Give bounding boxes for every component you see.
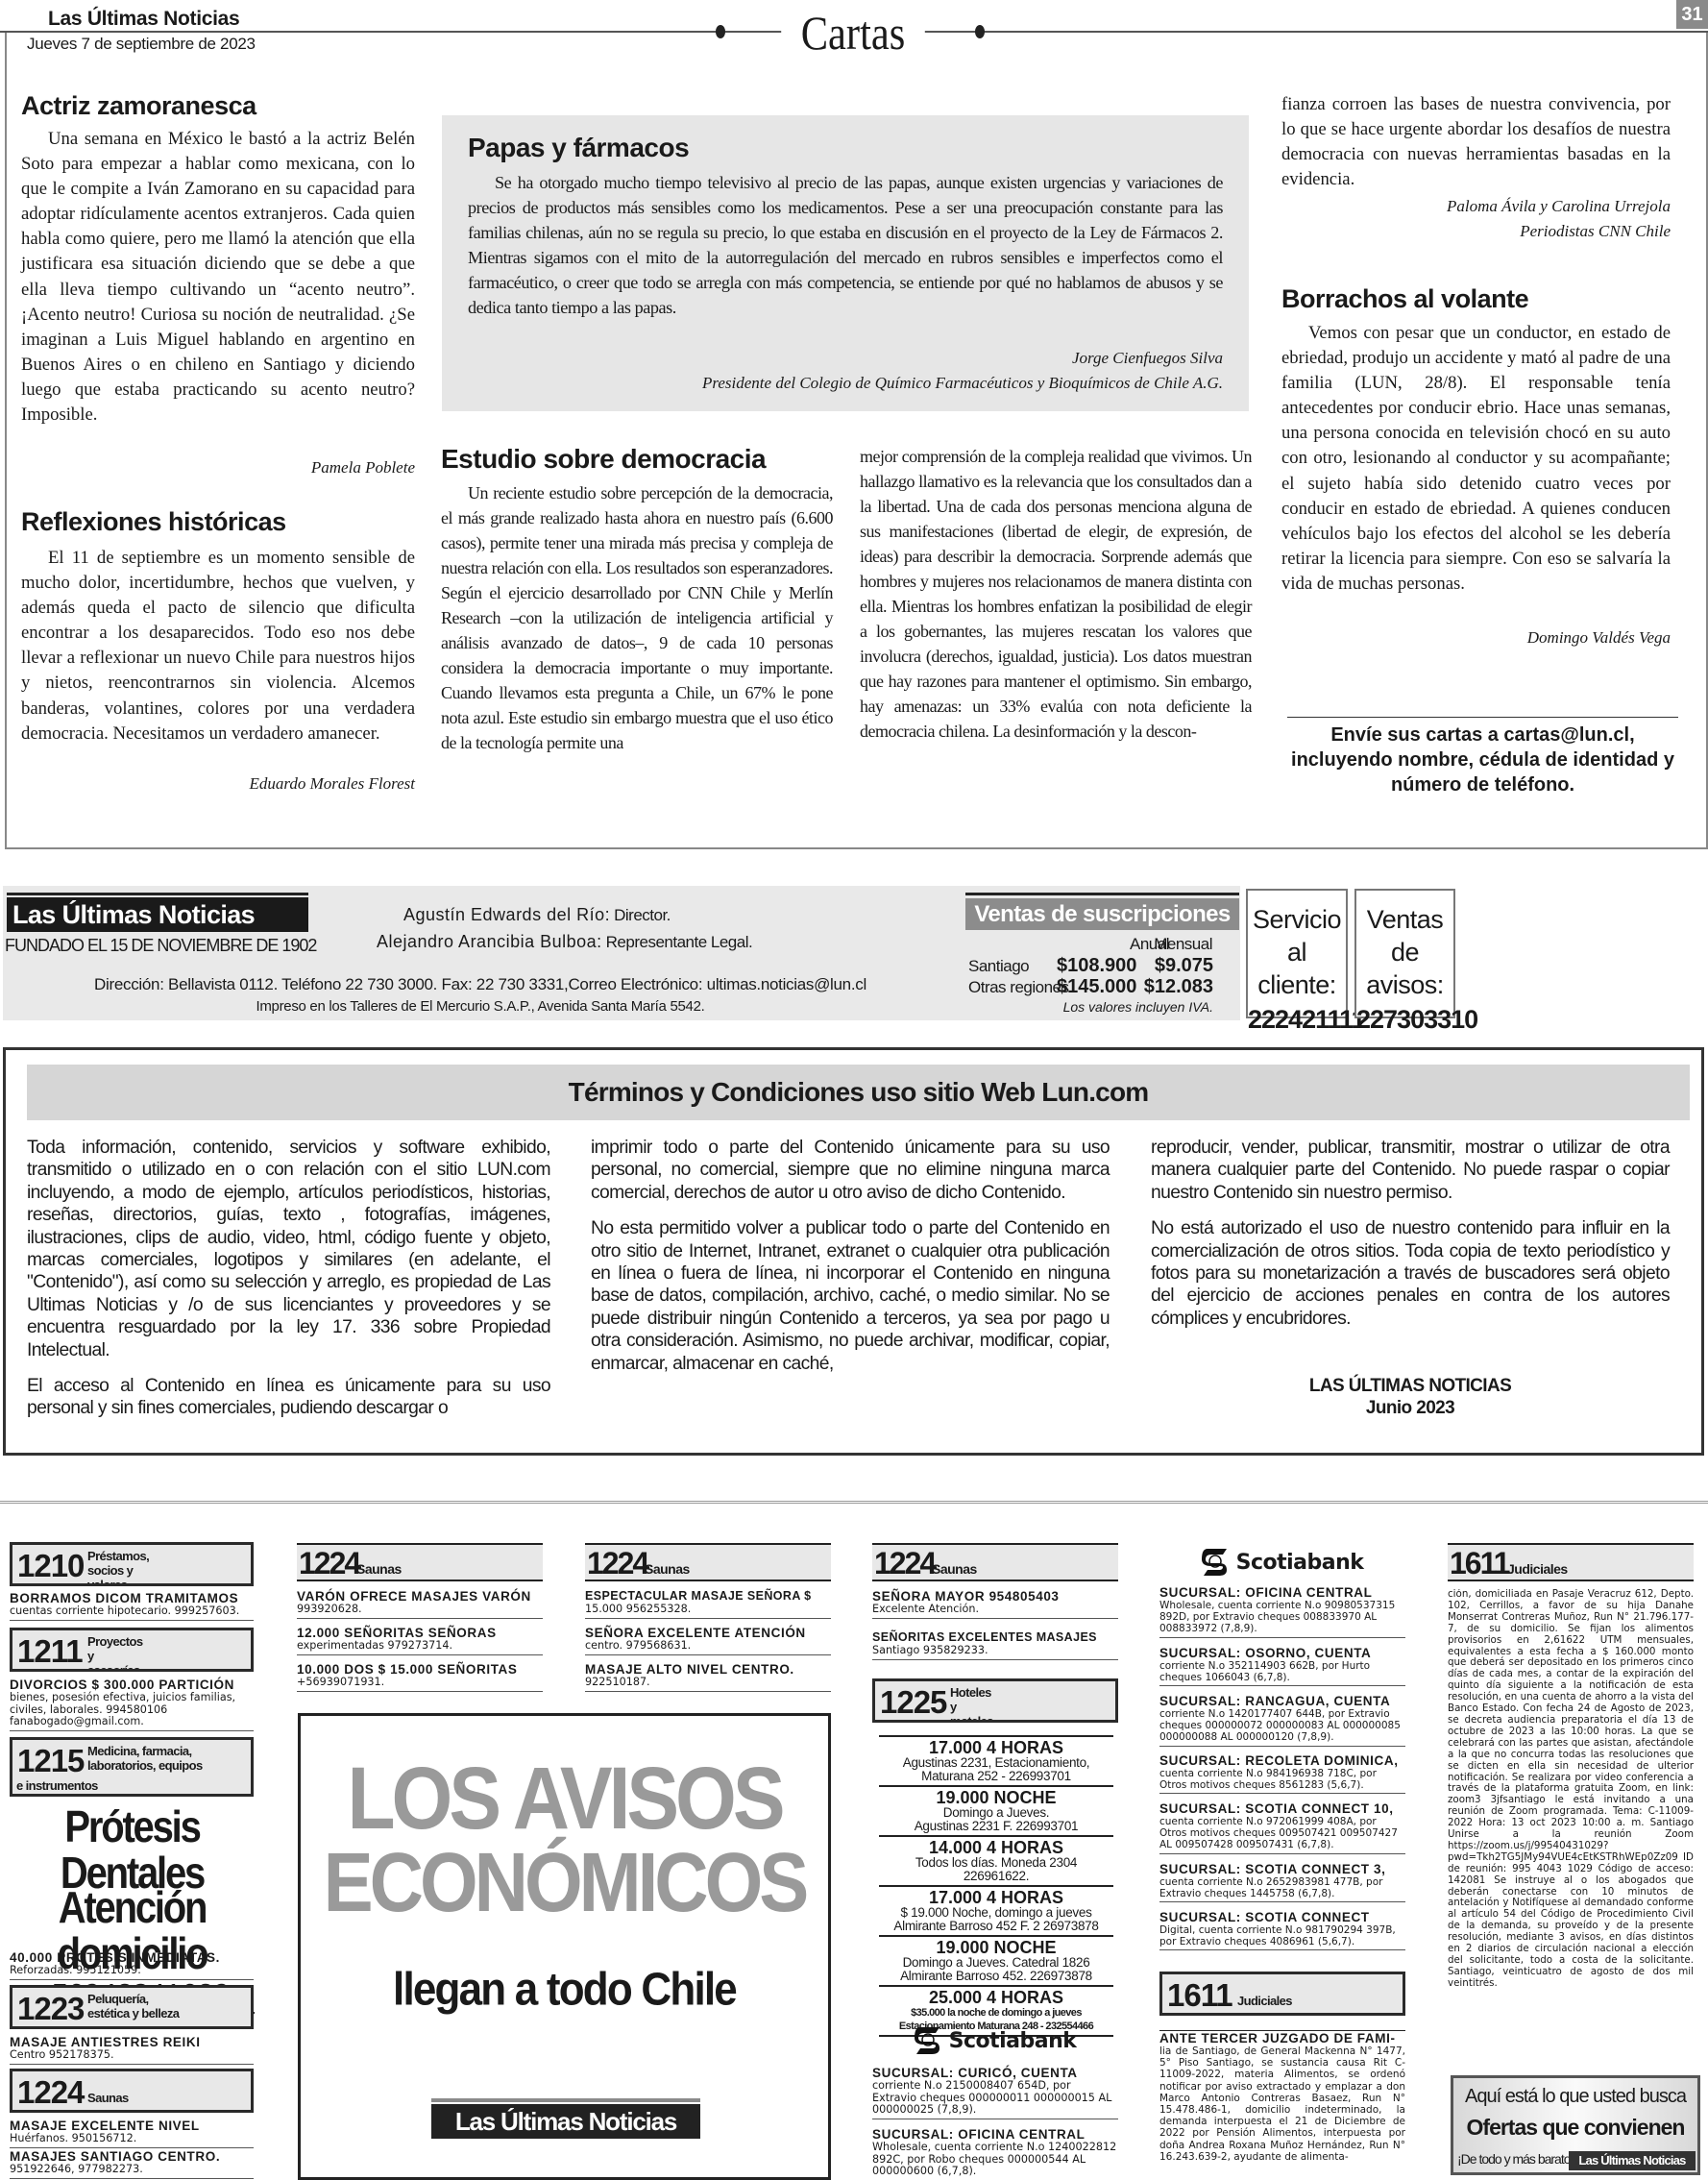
category-1225: 1225 Hoteles y moteles <box>872 1678 1118 1723</box>
terms-paragraph: reproducir, vender, publicar, transmitir… <box>1151 1137 1670 1204</box>
letter-body: El 11 de septiembre es un momento sensib… <box>21 546 415 747</box>
category-1611: 1611 Judiciales <box>1159 1972 1405 2016</box>
letter-body: Se ha otorgado mucho tiempo televisivo a… <box>468 170 1223 321</box>
contact-phone: 222421111 <box>1248 1003 1346 1036</box>
letter-body-col1: Un reciente estudio sobre percepción de … <box>441 480 833 755</box>
judicial-notice: ción, domiciliada en Pasaje Veracruz 612… <box>1448 1589 1694 2068</box>
terms-paragraph: El acceso al Contenido en línea es única… <box>27 1375 550 1420</box>
staff-legal-rep: Alejandro Arancibia Bulboa: Representant… <box>377 932 752 952</box>
dental-ad: Prótesis Dentales Atención domicilio +56… <box>10 1810 255 2014</box>
letter-signature: Paloma Ávila y Carolina Urrejola <box>1281 194 1671 219</box>
motel-ad: 19.000 NOCHE Domingo a Jueves. Agustinas… <box>879 1785 1113 1835</box>
classified-ad: 10.000 DOS $ 15.000 SEÑORITAS +569390719… <box>297 1662 543 1692</box>
printed-by: Impreso en los Talleres de El Mercurio S… <box>0 998 961 1015</box>
terms-paragraph: No esta permitido volver a publicar todo… <box>591 1217 1110 1375</box>
category-1224: 1224 Saunas <box>10 2069 254 2113</box>
ofertas-promo: Aquí está lo que usted busca Ofertas que… <box>1451 2075 1700 2175</box>
terms-paragraph: No está autorizado el uso de nuestro con… <box>1151 1217 1670 1330</box>
scotiabank-icon <box>915 2025 941 2056</box>
masthead: Las Últimas Noticias <box>48 8 239 31</box>
subscriptions-rule <box>965 893 1239 895</box>
letter-title: Estudio sobre democracia <box>441 444 766 475</box>
classified-ad: SEÑORITAS EXCELENTES MASAJES Santiago 93… <box>872 1630 1118 1660</box>
letter-signature: Pamela Poblete <box>21 455 415 480</box>
bank-notice: SUCURSAL: OFICINA CENTRAL Wholesale, cue… <box>1159 1585 1405 1638</box>
price-annual: $108.900 <box>1057 955 1135 977</box>
region-label: Santiago <box>968 957 1029 976</box>
motel-ad: 17.000 4 HORAS $ 19.000 Noche, domingo a… <box>879 1885 1113 1935</box>
classified-ad: SEÑORA EXCELENTE ATENCIÓN centro. 979568… <box>585 1626 831 1655</box>
motel-ad: 19.000 NOCHE Domingo a Jueves. Catedral … <box>879 1935 1113 1985</box>
staff-name: Alejandro Arancibia Bulboa: <box>377 932 602 951</box>
letter-signature-title: Presidente del Colegio de Químico Farmac… <box>468 371 1223 396</box>
classified-ad: MASAJE EXCELENTE NIVEL Huérfanos. 950156… <box>10 2119 254 2148</box>
motel-ad: 14.000 4 HORAS Todos los días. Moneda 23… <box>879 1835 1113 1885</box>
classifieds-divider <box>0 1501 1708 1504</box>
ad-sales-box: Ventasde avisos: 227303310 <box>1354 889 1455 1018</box>
staff-address: Dirección: Bellavista 0112. Teléfono 22 … <box>0 975 961 994</box>
letter-title: Actriz zamoranesca <box>21 91 415 121</box>
scotiabank-logo: Scotiabank <box>872 2025 1118 2056</box>
subscriptions-title: Ventas de suscripciones <box>965 898 1239 930</box>
classified-ad: MASAJE ALTO NIVEL CENTRO. 922510187. <box>585 1662 831 1692</box>
price-monthly: $12.083 <box>1138 976 1213 998</box>
price-monthly: $9.075 <box>1148 955 1213 977</box>
letter-body-col2: mejor comprensión de la compleja realida… <box>860 444 1252 744</box>
motels-list: 17.000 4 HORAS Agustinas 2231, Estaciona… <box>879 1735 1113 2037</box>
judicial-notice: ANTE TERCER JUZGADO DE FAMI- lia de Sant… <box>1159 2030 1405 2165</box>
bank-notice: SUCURSAL: SCOTIA CONNECT 10, cuenta corr… <box>1159 1801 1405 1854</box>
terms-signature: LAS ÚLTIMAS NOTICIAS Junio 2023 <box>1151 1375 1670 1419</box>
category-1210: 1210 Préstamos, socios y valores <box>10 1542 254 1586</box>
contact-phone: 227303310 <box>1356 1003 1453 1036</box>
terms-column: reproducir, vender, publicar, transmitir… <box>1151 1137 1670 1343</box>
newspaper-logo: Las Últimas Noticias <box>431 2104 700 2139</box>
letter-body: Vemos con pesar que un conductor, en est… <box>1281 321 1671 597</box>
submit-letters-notice: Envíe sus cartas a cartas@lun.cl, incluy… <box>1287 723 1678 797</box>
terms-column: Toda información, contenido, servicios y… <box>27 1137 550 1433</box>
letter-title: Borrachos al volante <box>1281 284 1671 314</box>
letter-signature-title: Periodistas CNN Chile <box>1281 219 1671 244</box>
letter-signature: Domingo Valdés Vega <box>1281 625 1671 650</box>
bank-notice: SUCURSAL: RECOLETA DOMINICA, cuenta corr… <box>1159 1753 1405 1794</box>
page-number: 31 <box>1676 0 1708 29</box>
newspaper-logo: Las Últimas Noticias <box>1569 2151 1696 2170</box>
customer-service-box: Servicioal cliente: 222421111 <box>1246 889 1348 1018</box>
letter-title: Papas y fármacos <box>468 133 689 163</box>
scotiabank-logo: Scotiabank <box>1159 1547 1405 1578</box>
divider <box>1287 717 1678 718</box>
classified-ad: DIVORCIOS $ 300.000 PARTICIÓN bienes, po… <box>10 1678 254 1731</box>
classified-ad: MASAJES SANTIAGO CENTRO. 951922646, 9779… <box>10 2149 254 2179</box>
category-1224: 1224 Saunas <box>872 1543 1118 1581</box>
bank-notice: SUCURSAL: OSORNO, CUENTA corriente N.o 3… <box>1159 1646 1405 1686</box>
letter-signature: Jorge Cienfuegos Silva <box>468 346 1223 371</box>
category-1611: 1611 Judiciales <box>1448 1543 1694 1581</box>
staff-name: Agustín Edwards del Río: <box>403 905 610 924</box>
category-1211: 1211 Proyectos y asesorías <box>10 1628 254 1672</box>
terms-column: imprimir todo o parte del Contenido únic… <box>591 1137 1110 1388</box>
founded-date: FUNDADO EL 15 DE NOVIEMBRE DE 1902 <box>5 936 316 956</box>
bank-notice: SUCURSAL: OFICINA CENTRAL Wholesale, cue… <box>872 2127 1118 2180</box>
scotiabank-icon <box>1202 1547 1229 1578</box>
newspaper-logo: Las Últimas Noticias <box>7 897 308 932</box>
letter-signature: Eduardo Morales Florest <box>21 772 415 796</box>
bank-notice: SUCURSAL: RANCAGUA, CUENTA corriente N.o… <box>1159 1694 1405 1747</box>
region-label: Otras regiones <box>968 978 1069 997</box>
classified-ad: BORRAMOS DICOM TRAMITAMOS cuentas corrie… <box>10 1591 254 1621</box>
contact-label: Servicioal cliente: <box>1248 903 1346 1001</box>
motel-ad: 17.000 4 HORAS Agustinas 2231, Estaciona… <box>879 1735 1113 1785</box>
letter-body: Una semana en México le bastó a la actri… <box>21 127 415 428</box>
classified-ad: MASAJE ANTIESTRES REIKI Centro 952178375… <box>10 2035 254 2065</box>
terms-paragraph: Toda información, contenido, servicios y… <box>27 1137 550 1361</box>
letter-body-col3: fianza corroen las bases de nuestra conv… <box>1281 92 1671 192</box>
letter-title: Reflexiones históricas <box>21 507 415 537</box>
bank-notice: SUCURSAL: SCOTIA CONNECT Digital, cuenta… <box>1159 1910 1405 1950</box>
terms-paragraph: imprimir todo o parte del Contenido únic… <box>591 1137 1110 1204</box>
bank-notice: SUCURSAL: SCOTIA CONNECT 3, cuenta corri… <box>1159 1862 1405 1902</box>
bank-notice: SUCURSAL: CURICÓ, CUENTA corriente N.o 2… <box>872 2066 1118 2119</box>
category-1223: 1223 Peluquería, estética y belleza <box>10 1985 254 2029</box>
category-1224: 1224 Saunas <box>297 1543 543 1581</box>
classified-ad: VARÓN OFRECE MASAJES VARÓN 993920628. <box>297 1589 543 1619</box>
logo-rule <box>7 893 308 895</box>
contact-label: Ventasde avisos: <box>1356 903 1453 1001</box>
terms-title: Términos y Condiciones uso sitio Web Lun… <box>27 1065 1690 1120</box>
category-1215: 1215 Medicina, farmacia, laboratorios, e… <box>10 1737 254 1797</box>
col-header-monthly: Mensual <box>1153 935 1212 954</box>
classified-ad: 12.000 SEÑORITAS SEÑORAS experimentadas … <box>297 1626 543 1655</box>
subscriptions-note: Los valores incluyen IVA. <box>965 999 1213 1015</box>
classified-ad: SEÑORA MAYOR 954805403 Excelente Atenció… <box>872 1589 1118 1619</box>
classifieds-promo: LOS AVISOS ECONÓMICOS llegan a todo Chil… <box>298 1713 831 2180</box>
staff-role: Director. <box>614 906 671 924</box>
price-annual: $145.000 <box>1057 976 1135 998</box>
staff-role: Representante Legal. <box>606 933 753 951</box>
staff-director: Agustín Edwards del Río: Director. <box>403 905 671 925</box>
category-1224: 1224 Saunas <box>585 1543 831 1581</box>
classified-ad: 40.000 PRÓTESIS INMEDIATAS. Reforzadas. … <box>10 1950 254 1980</box>
classified-ad: ESPECTACULAR MASAJE SEÑORA $ 15.000 9562… <box>585 1589 831 1619</box>
